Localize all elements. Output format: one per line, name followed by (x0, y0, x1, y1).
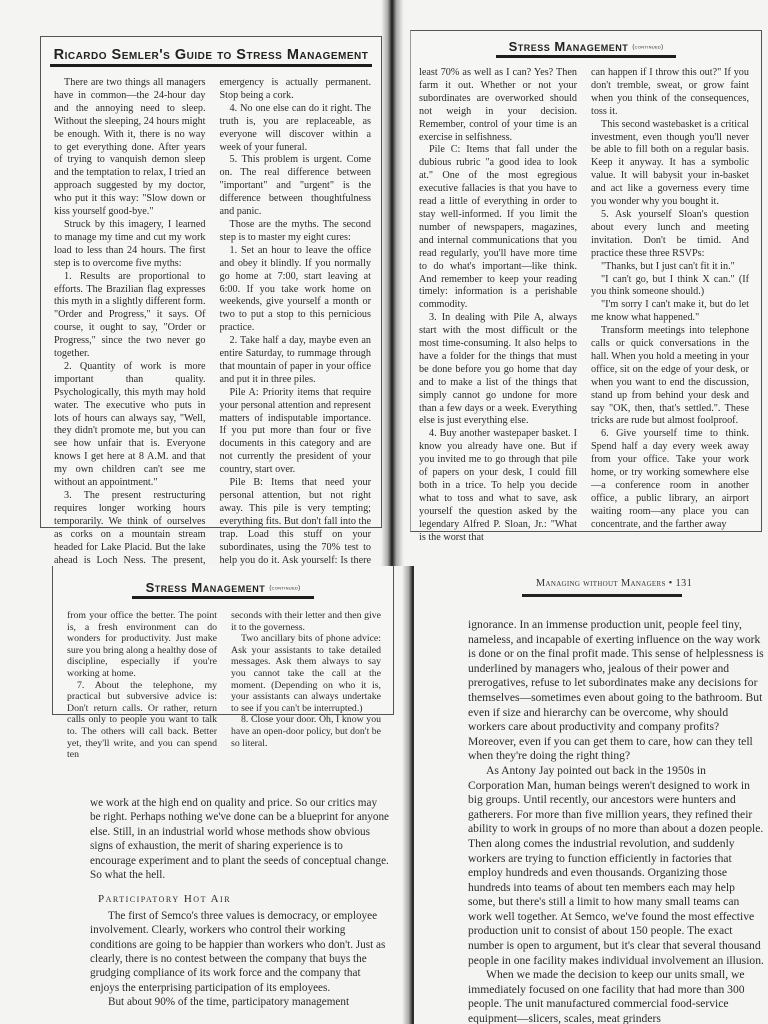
sidebar-box-continued: Stress Management (continued) from your … (52, 566, 394, 715)
paragraph: 2. Quantity of work is more important th… (54, 361, 206, 490)
paragraph: "I can't go, but I think X can." (If you… (591, 274, 749, 300)
title-rule (496, 55, 676, 58)
paragraph: ignorance. In an immense production unit… (468, 618, 764, 764)
paragraph: 5. Ask yourself Sloan's question about e… (591, 209, 749, 261)
column-1: least 70% as well as I can? Yes? Then fa… (419, 67, 577, 545)
box-title: Stress Management (continued) (53, 580, 393, 595)
body-text: we work at the high end on quality and p… (90, 796, 390, 1010)
bottom-spread: Stress Management (continued) from your … (0, 566, 768, 1024)
body-text: ignorance. In an immense production unit… (468, 618, 764, 1024)
box-title-text: Stress Management (146, 580, 266, 595)
book-gutter (381, 0, 403, 566)
box-title-text: Stress Management (509, 39, 629, 54)
paragraph: There are two things all managers have i… (54, 77, 206, 219)
top-spread: Ricardo Semler's Guide to Stress Managem… (0, 0, 768, 566)
paragraph: can happen if I throw this out?" If you … (591, 67, 749, 119)
paragraph: The first of Semco's three values is dem… (90, 909, 390, 995)
paragraph: Transform meetings into telephone calls … (591, 325, 749, 428)
top-left-page: Ricardo Semler's Guide to Stress Managem… (0, 0, 392, 566)
paragraph: 1. Set an hour to leave the office and o… (220, 245, 372, 335)
paragraph: 8. Close your door. Oh, I know you have … (231, 714, 381, 749)
paragraph: "I'm sorry I can't make it, but do let m… (591, 299, 749, 325)
section-heading: Participatory Hot Air (98, 892, 390, 906)
column-1: from your office the better. The point i… (67, 610, 217, 761)
paragraph: Struck by this imagery, I learned to man… (54, 219, 206, 271)
paragraph: 5. This problem is urgent. Come on. The … (220, 154, 372, 219)
paragraph: But about 90% of the time, participatory… (90, 995, 390, 1009)
paragraph: "Thanks, but I just can't fit it in." (591, 261, 749, 274)
sidebar-box-stress-guide: Ricardo Semler's Guide to Stress Managem… (40, 36, 382, 528)
paragraph: Pile A: Priority items that require your… (220, 387, 372, 477)
column-2: emergency is actually permanent. Stop be… (220, 77, 372, 566)
box-columns: from your office the better. The point i… (67, 610, 381, 761)
bottom-right-page: Managing without Managers • 131 ignoranc… (414, 566, 768, 1024)
running-head: Managing without Managers • 131 (494, 578, 734, 589)
paragraph: emergency is actually permanent. Stop be… (220, 77, 372, 103)
title-rule (50, 64, 372, 67)
paragraph: least 70% as well as I can? Yes? Then fa… (419, 67, 577, 144)
paragraph: Pile B: Items that need your personal at… (220, 477, 372, 566)
paragraph: 4. Buy another wastepaper basket. I know… (419, 428, 577, 544)
paragraph: 3. The present restructuring requires lo… (54, 490, 206, 566)
paragraph: from your office the better. The point i… (67, 610, 217, 680)
paragraph: Those are the myths. The second step is … (220, 219, 372, 245)
box-title: Stress Management (continued) (411, 39, 761, 54)
paragraph: Pile C: Items that fall under the dubiou… (419, 144, 577, 312)
paragraph: As Antony Jay pointed out back in the 19… (468, 764, 764, 968)
box-title: Ricardo Semler's Guide to Stress Managem… (41, 47, 381, 63)
paragraph: 7. About the telephone, my practical but… (67, 680, 217, 761)
sidebar-box-continued: Stress Management (continued) least 70% … (410, 30, 762, 532)
top-right-page: Stress Management (continued) least 70% … (404, 0, 768, 566)
paragraph: 1. Results are proportional to efforts. … (54, 271, 206, 361)
paragraph: 4. No one else can do it right. The trut… (220, 103, 372, 155)
paragraph: 2. Take half a day, maybe even an entire… (220, 335, 372, 387)
continued-label: (continued) (632, 45, 663, 51)
column-2: seconds with their letter and then give … (231, 610, 381, 761)
paragraph: 6. Give yourself time to think. Spend ha… (591, 428, 749, 531)
paragraph: When we made the decision to keep our un… (468, 968, 764, 1024)
running-head-rule (522, 594, 682, 597)
bottom-left-page: Stress Management (continued) from your … (0, 566, 404, 1024)
paragraph: This second wastebasket is a critical in… (591, 119, 749, 209)
box-columns: least 70% as well as I can? Yes? Then fa… (419, 67, 749, 545)
column-1: There are two things all managers have i… (54, 77, 206, 566)
paragraph: 3. In dealing with Pile A, always start … (419, 312, 577, 428)
paragraph: seconds with their letter and then give … (231, 610, 381, 633)
title-rule (132, 596, 314, 599)
box-columns: There are two things all managers have i… (54, 77, 371, 566)
continued-label: (continued) (269, 586, 300, 592)
column-2: can happen if I throw this out?" If you … (591, 67, 749, 545)
paragraph: Two ancillary bits of phone advice: Ask … (231, 633, 381, 714)
paragraph: we work at the high end on quality and p… (90, 796, 390, 882)
